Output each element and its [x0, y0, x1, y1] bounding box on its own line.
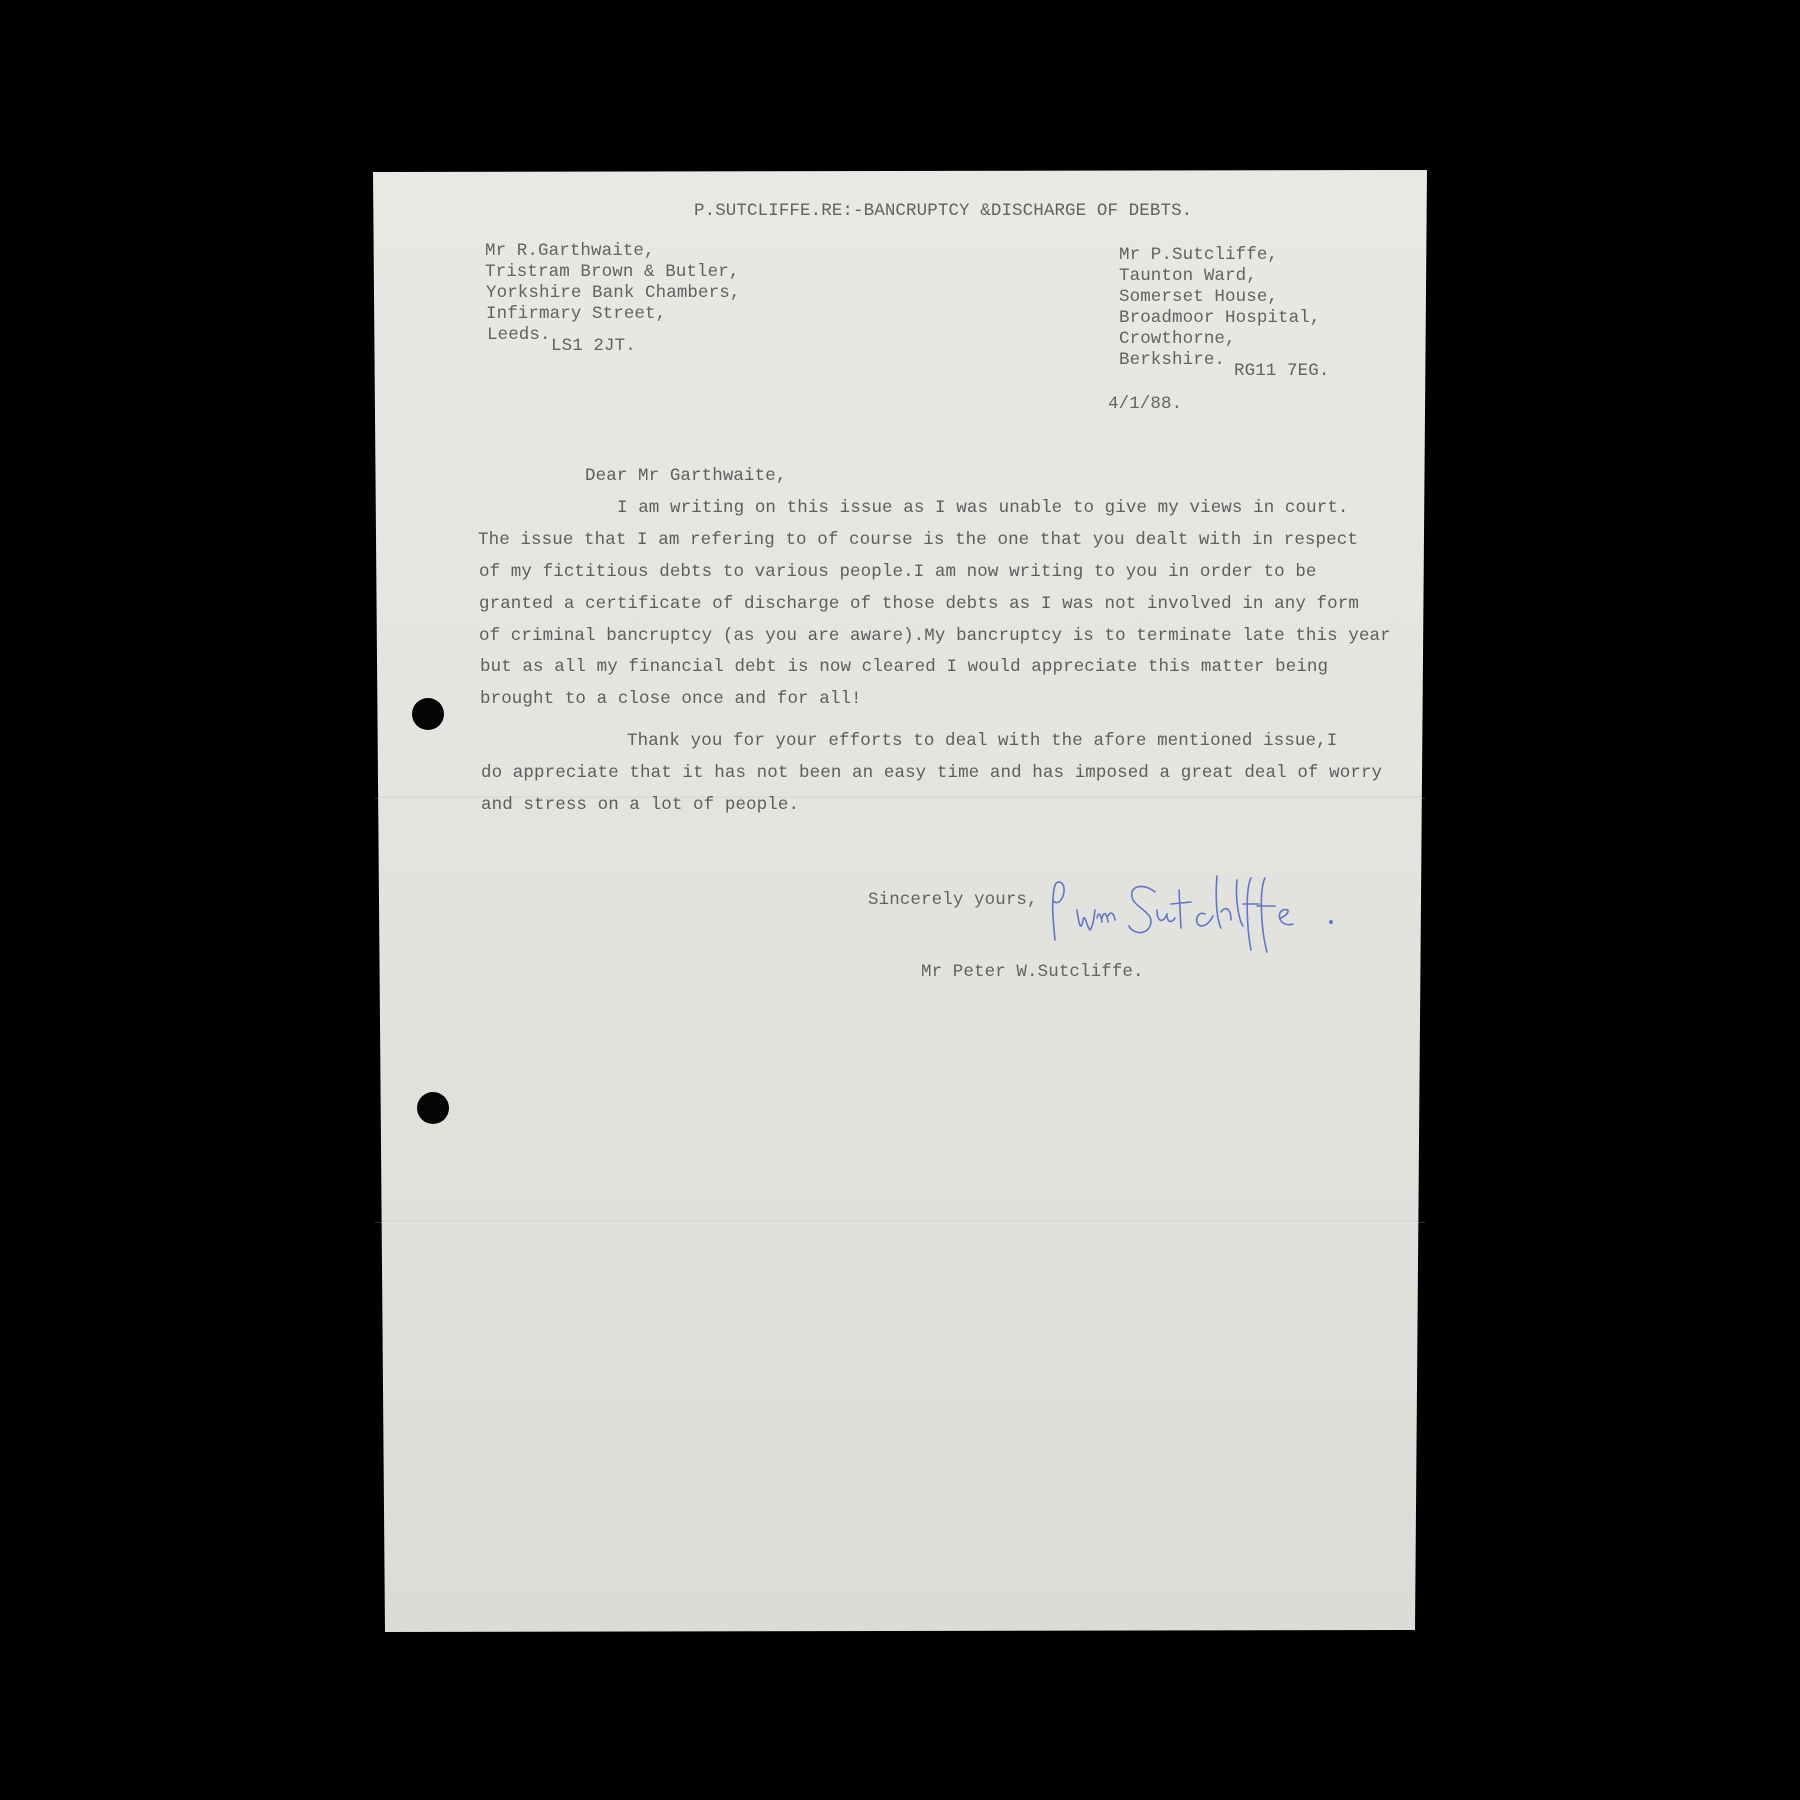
- punch-hole: [412, 698, 444, 730]
- letter-subject: P.SUTCLIFFE.RE:-BANCRUPTCY &DISCHARGE OF…: [694, 201, 1192, 222]
- closing: Sincerely yours,: [868, 890, 1038, 911]
- address-line: Broadmoor Hospital,: [1119, 308, 1320, 329]
- salutation: Dear Mr Garthwaite,: [585, 466, 786, 487]
- text-line: granted a certificate of discharge of th…: [479, 594, 1359, 615]
- sender-postcode: RG11 7EG.: [1234, 361, 1329, 382]
- fold-line: [375, 1220, 1425, 1223]
- address-line: Somerset House,: [1119, 287, 1278, 308]
- address-line: Taunton Ward,: [1119, 266, 1257, 287]
- address-line: Mr R.Garthwaite,: [485, 241, 655, 262]
- address-line: Leeds.: [487, 325, 551, 346]
- text-line: Thank you for your efforts to deal with …: [627, 731, 1337, 752]
- text-line: of my fictitious debts to various people…: [479, 562, 1317, 583]
- address-line: Yorkshire Bank Chambers,: [486, 283, 740, 304]
- punch-hole: [417, 1092, 449, 1124]
- text-line: brought to a close once and for all!: [480, 689, 862, 710]
- address-line: Mr P.Sutcliffe,: [1119, 245, 1278, 266]
- typed-name: Mr Peter W.Sutcliffe.: [921, 962, 1144, 983]
- recipient-postcode: LS1 2JT.: [551, 336, 636, 357]
- handwritten-signature: [1045, 870, 1345, 960]
- text-line: and stress on a lot of people.: [481, 795, 799, 816]
- letter-date: 4/1/88.: [1108, 394, 1182, 415]
- text-line: I am writing on this issue as I was unab…: [617, 498, 1349, 519]
- address-line: Berkshire.: [1119, 350, 1225, 371]
- address-line: Infirmary Street,: [486, 304, 666, 325]
- text-line: but as all my financial debt is now clea…: [480, 657, 1328, 678]
- text-line: of criminal bancruptcy (as you are aware…: [479, 626, 1391, 647]
- text-line: The issue that I am refering to of cours…: [478, 530, 1358, 551]
- address-line: Tristram Brown & Butler,: [485, 262, 739, 283]
- text-line: do appreciate that it has not been an ea…: [481, 763, 1382, 784]
- address-line: Crowthorne,: [1119, 329, 1236, 350]
